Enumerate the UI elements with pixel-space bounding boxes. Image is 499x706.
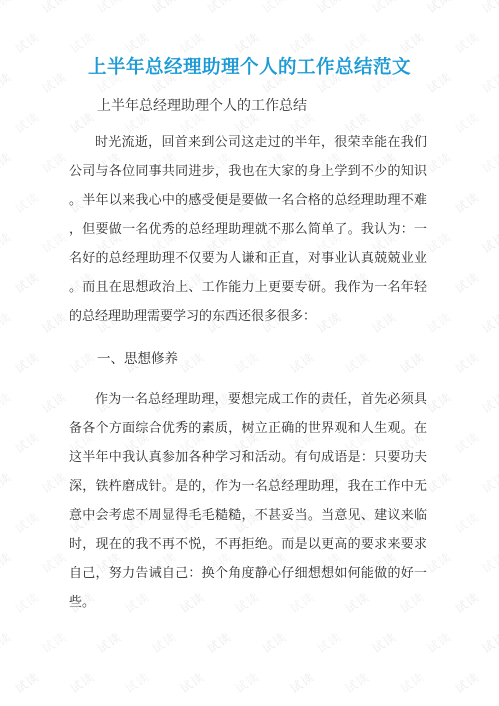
watermark-text: 试读 <box>478 308 499 337</box>
watermark-text: 试读 <box>38 628 69 657</box>
text-line: 深，铁杵磨成针。是的，作为一名总经理助理，我在工作中无 <box>69 471 427 500</box>
watermark-text: 试读 <box>368 628 399 657</box>
watermark-text: 试读 <box>231 668 262 697</box>
watermark-text: 试读 <box>0 388 15 417</box>
watermark-text: 试读 <box>0 468 15 497</box>
watermark-text: 试读 <box>0 0 15 17</box>
watermark-text: 试读 <box>38 388 69 417</box>
text-line: 意中会考虑不周显得毛毛糙糙，不甚妥当。当意见、建议来临 <box>69 500 427 529</box>
text-line: 名好的总经理助理不仅要为人谦和正直，对事业认真兢兢业业 <box>69 243 427 272</box>
watermark-text: 试读 <box>478 388 499 417</box>
watermark-text: 试读 <box>423 148 454 177</box>
watermark-text: 试读 <box>286 668 317 697</box>
watermark-text: 试读 <box>231 348 262 377</box>
text-line: 时，现在的我不再不悦，不再拒绝。而是以更高的要求来要求 <box>69 529 427 558</box>
watermark-text: 试读 <box>11 108 42 137</box>
watermark-text: 试读 <box>38 468 69 497</box>
watermark-text: 试读 <box>38 548 69 577</box>
watermark-text: 试读 <box>38 308 69 337</box>
text-line: 。半年以来我心中的感受便是要做一名合格的总经理助理不难 <box>69 185 427 214</box>
watermark-text: 试读 <box>396 668 427 697</box>
watermark-text: 试读 <box>451 668 482 697</box>
document-title: 上半年总经理助理个人的工作总结范文 <box>0 53 499 79</box>
watermark-text: 试读 <box>0 148 15 177</box>
watermark-text: 试读 <box>93 0 124 17</box>
watermark-text: 试读 <box>478 0 499 17</box>
text-line: 作为一名总经理助理，要想完成工作的责任，首先必须具 <box>69 384 427 413</box>
watermark-text: 试读 <box>66 668 97 697</box>
watermark-text: 试读 <box>0 548 15 577</box>
watermark-text: 试读 <box>176 668 207 697</box>
watermark-text: 试读 <box>396 348 427 377</box>
watermark-text: 试读 <box>451 348 482 377</box>
text-line: 。而且在思想政治上、工作能力上更要专研。我作为一名年轻 <box>69 272 427 301</box>
watermark-text: 试读 <box>423 0 454 17</box>
watermark-text: 试读 <box>286 348 317 377</box>
watermark-text: 试读 <box>11 508 42 537</box>
watermark-text: 试读 <box>451 428 482 457</box>
watermark-text: 试读 <box>258 628 289 657</box>
watermark-text: 试读 <box>451 188 482 217</box>
watermark-text: 试读 <box>11 588 42 617</box>
watermark-text: 试读 <box>451 588 482 617</box>
watermark-text: 试读 <box>11 668 42 697</box>
watermark-text: 试读 <box>148 628 179 657</box>
text-line: 些。 <box>69 587 427 616</box>
watermark-text: 试读 <box>38 148 69 177</box>
watermark-text: 试读 <box>11 428 42 457</box>
watermark-text: 试读 <box>341 348 372 377</box>
watermark-text: 试读 <box>313 628 344 657</box>
text-line: 公司与各位同事共同进步，我也在大家的身上学到不少的知识 <box>69 156 427 185</box>
watermark-text: 试读 <box>93 628 124 657</box>
watermark-text: 试读 <box>121 668 152 697</box>
watermark-text: 试读 <box>423 308 454 337</box>
watermark-text: 试读 <box>203 628 234 657</box>
watermark-text: 试读 <box>423 548 454 577</box>
text-line: ，但要做一名优秀的总经理助理就不那么简单了。我认为：一 <box>69 214 427 243</box>
text-line: 自己，努力告诫自己：换个角度静心仔细想想如何能做的好一 <box>69 558 427 587</box>
watermark-text: 试读 <box>148 0 179 17</box>
watermark-text: 试读 <box>423 468 454 497</box>
watermark-text: 试读 <box>478 148 499 177</box>
watermark-text: 试读 <box>478 548 499 577</box>
watermark-text: 试读 <box>341 668 372 697</box>
watermark-text: 试读 <box>451 108 482 137</box>
text-line: 的总经理助理需要学习的东西还很多很多： <box>69 301 427 330</box>
text-line: 时光流逝，回首来到公司这走过的半年，很荣幸能在我们 <box>69 127 427 156</box>
watermark-text: 试读 <box>11 348 42 377</box>
watermark-text: 试读 <box>258 0 289 17</box>
text-line: 这半年中我认真参加各种学习和活动。有句成语是：只要功夫 <box>69 442 427 471</box>
watermark-text: 试读 <box>0 628 15 657</box>
watermark-text: 试读 <box>0 228 15 257</box>
watermark-text: 试读 <box>38 0 69 17</box>
paragraph-1: 时光流逝，回首来到公司这走过的半年，很荣幸能在我们公司与各位同事共同进步，我也在… <box>69 127 427 330</box>
watermark-text: 试读 <box>451 268 482 297</box>
watermark-text: 试读 <box>38 228 69 257</box>
document-subtitle: 上半年总经理助理个人的工作总结 <box>97 95 307 115</box>
watermark-text: 试读 <box>203 0 234 17</box>
watermark-text: 试读 <box>0 308 15 337</box>
section-heading: 一、思想修养 <box>69 344 178 373</box>
watermark-text: 试读 <box>423 388 454 417</box>
paragraph-2: 作为一名总经理助理，要想完成工作的责任，首先必须具备各个方面综合优秀的素质，树立… <box>69 384 427 616</box>
watermark-text: 试读 <box>423 628 454 657</box>
watermark-text: 试读 <box>313 0 344 17</box>
watermark-text: 试读 <box>11 188 42 217</box>
watermark-text: 试读 <box>478 468 499 497</box>
watermark-text: 试读 <box>176 348 207 377</box>
watermark-text: 试读 <box>478 228 499 257</box>
watermark-text: 试读 <box>423 228 454 257</box>
text-line: 备各个方面综合优秀的素质，树立正确的世界观和人生观。在 <box>69 413 427 442</box>
document-page: 试读试读试读试读试读试读试读试读试读试读试读试读试读试读试读试读试读试读试读试读… <box>0 0 499 706</box>
watermark-text: 试读 <box>368 0 399 17</box>
watermark-text: 试读 <box>11 268 42 297</box>
watermark-text: 试读 <box>478 628 499 657</box>
watermark-text: 试读 <box>451 508 482 537</box>
